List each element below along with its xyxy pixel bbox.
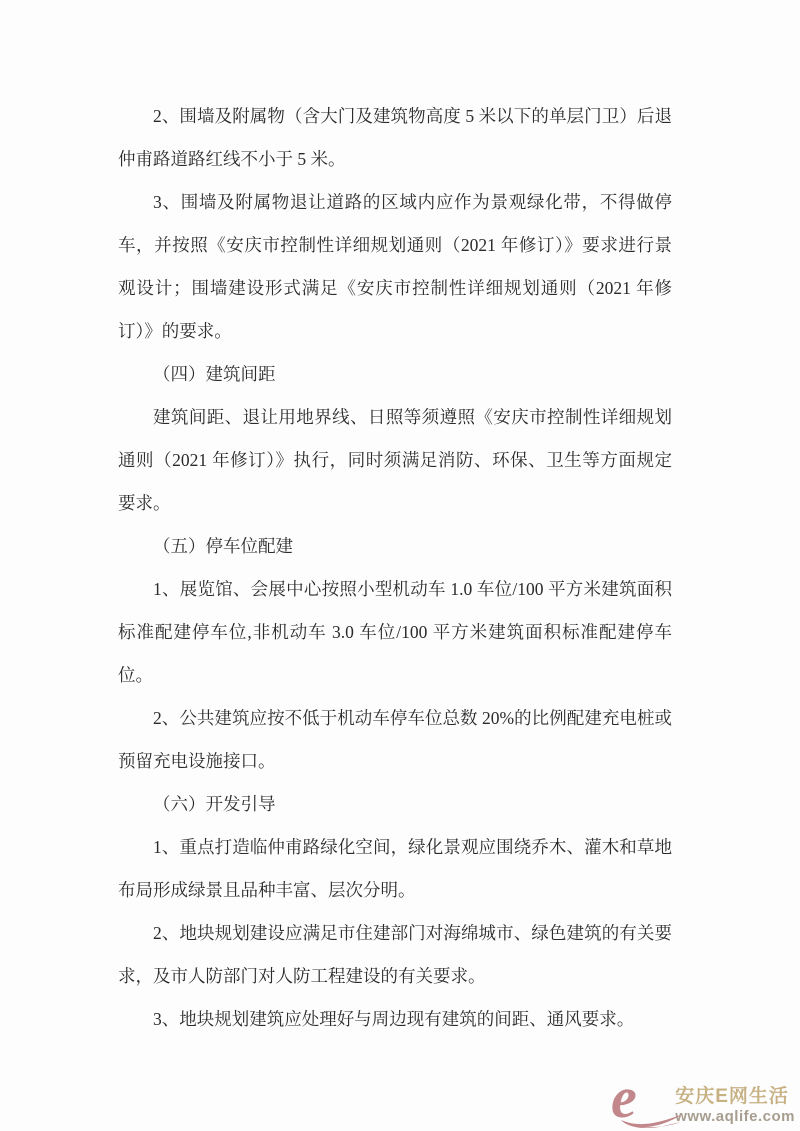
paragraph-charging-piles: 2、公共建筑应按不低于机动车停车位总数 20%的比例配建充电桩或预留充电设施接口… [118,697,672,783]
watermark: e 安庆E网生活 www.aqlife.com [611,1070,795,1128]
watermark-text: 安庆E网生活 www.aqlife.com [675,1086,795,1128]
paragraph-parking-standard: 1、展览馆、会展中心按照小型机动车 1.0 车位/100 平方米建筑面积标准配建… [118,568,672,697]
paragraph-surrounding-buildings: 3、地块规划建筑应处理好与周边现有建筑的间距、通风要求。 [118,998,672,1041]
watermark-site-name: 安庆E网生活 [675,1086,789,1108]
heading-development-guidance: （六）开发引导 [118,783,672,826]
heading-building-spacing: （四）建筑间距 [118,353,672,396]
paragraph-building-spacing: 建筑间距、退让用地界线、日照等须遵照《安庆市控制性详细规划通则（2021 年修订… [118,396,672,525]
heading-parking-allocation: （五）停车位配建 [118,525,672,568]
aqlife-e-logo-icon: e [611,1070,685,1128]
paragraph-wall-greenbelt: 3、围墙及附属物退让道路的区域内应作为景观绿化带，不得做停车，并按照《安庆市控制… [118,181,672,353]
document-body: 2、围墙及附属物（含大门及建筑物高度 5 米以下的单层门卫）后退仲甫路道路红线不… [118,95,672,1041]
paragraph-greening-guidance: 1、重点打造临仲甫路绿化空间，绿化景观应围绕乔木、灌木和草地布局形成绿景且品种丰… [118,826,672,912]
scanned-document-page: 2、围墙及附属物（含大门及建筑物高度 5 米以下的单层门卫）后退仲甫路道路红线不… [0,0,800,1131]
watermark-site-url: www.aqlife.com [675,1108,795,1126]
paragraph-wall-setback: 2、围墙及附属物（含大门及建筑物高度 5 米以下的单层门卫）后退仲甫路道路红线不… [118,95,672,181]
svg-text:e: e [611,1070,637,1128]
paragraph-sponge-city: 2、地块规划建设应满足市住建部门对海绵城市、绿色建筑的有关要求，及市人防部门对人… [118,912,672,998]
